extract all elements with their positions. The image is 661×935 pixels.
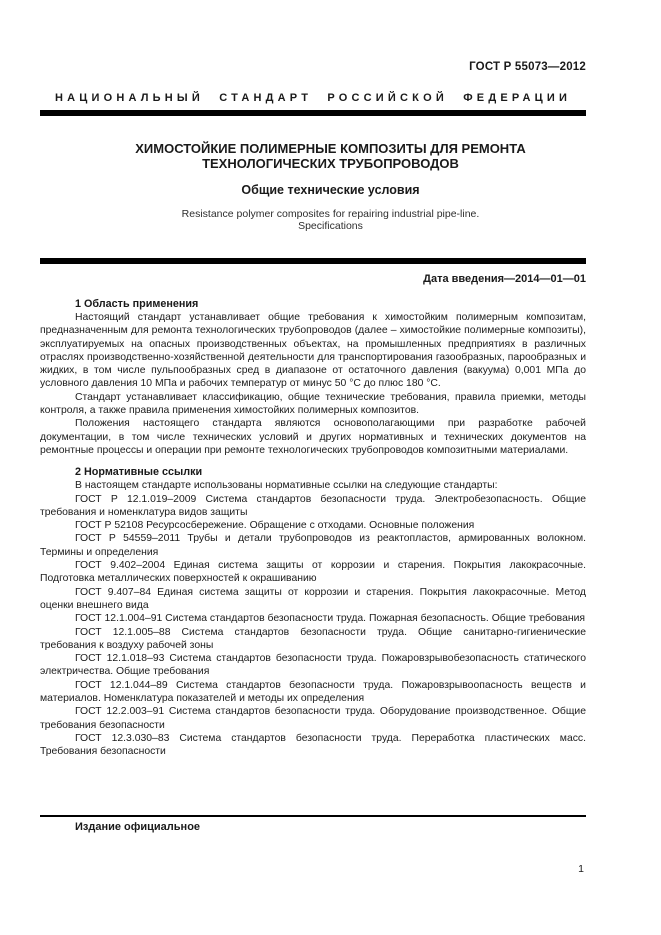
- paragraph: В настоящем стандарте использованы норма…: [40, 479, 586, 492]
- header-rule: [40, 110, 586, 116]
- title-en-line-1: Resistance polymer composites for repair…: [40, 209, 621, 221]
- section-1-heading: 1 Область применения: [75, 298, 586, 311]
- reference-item: ГОСТ 12.3.030–83 Система стандартов безо…: [40, 732, 586, 759]
- title-en-line-2: Specifications: [40, 221, 621, 233]
- paragraph: Настоящий стандарт устанавливает общие т…: [40, 311, 586, 391]
- reference-item: ГОСТ 9.407–84 Единая система защиты от к…: [40, 586, 586, 613]
- reference-item: ГОСТ 12.2.003–91 Система стандартов безо…: [40, 705, 586, 732]
- page-number: 1: [578, 864, 584, 875]
- reference-item: ГОСТ 9.402–2004 Единая система защиты от…: [40, 559, 586, 586]
- paragraph: Стандарт устанавливает классификацию, об…: [40, 391, 586, 418]
- reference-item: ГОСТ 12.1.044–89 Система стандартов безо…: [40, 679, 586, 706]
- paragraph: Положения настоящего стандарта являются …: [40, 417, 586, 457]
- reference-item: ГОСТ Р 12.1.019–2009 Система стандартов …: [40, 493, 586, 520]
- reference-item: ГОСТ 12.1.004–91 Система стандартов безо…: [40, 612, 586, 625]
- section-2-heading: 2 Нормативные ссылки: [75, 466, 586, 479]
- reference-item: ГОСТ Р 54559–2011 Трубы и детали трубопр…: [40, 532, 586, 559]
- reference-item: ГОСТ 12.1.005–88 Система стандартов безо…: [40, 626, 586, 653]
- document-title: ХИМОСТОЙКИЕ ПОЛИМЕРНЫЕ КОМПОЗИТЫ ДЛЯ РЕМ…: [40, 141, 621, 171]
- national-standard-banner: НАЦИОНАЛЬНЫЙ СТАНДАРТ РОССИЙСКОЙ ФЕДЕРАЦ…: [40, 92, 586, 104]
- reference-item: ГОСТ 12.1.018–93 Система стандартов безо…: [40, 652, 586, 679]
- title-english: Resistance polymer composites for repair…: [40, 209, 621, 232]
- subtitle: Общие технические условия: [40, 183, 621, 197]
- document-page: ГОСТ Р 55073—2012 НАЦИОНАЛЬНЫЙ СТАНДАРТ …: [0, 0, 661, 935]
- doc-code: ГОСТ Р 55073—2012: [40, 61, 586, 73]
- title-separator-rule: [40, 258, 586, 264]
- effective-date: Дата введения—2014—01—01: [40, 273, 586, 285]
- title-line-1: ХИМОСТОЙКИЕ ПОЛИМЕРНЫЕ КОМПОЗИТЫ ДЛЯ РЕМ…: [40, 141, 621, 156]
- footer-rule: [40, 815, 586, 817]
- title-line-2: ТЕХНОЛОГИЧЕСКИХ ТРУБОПРОВОДОВ: [40, 156, 621, 171]
- official-edition-label: Издание официальное: [75, 821, 200, 833]
- reference-item: ГОСТ Р 52108 Ресурсосбережение. Обращени…: [40, 519, 586, 532]
